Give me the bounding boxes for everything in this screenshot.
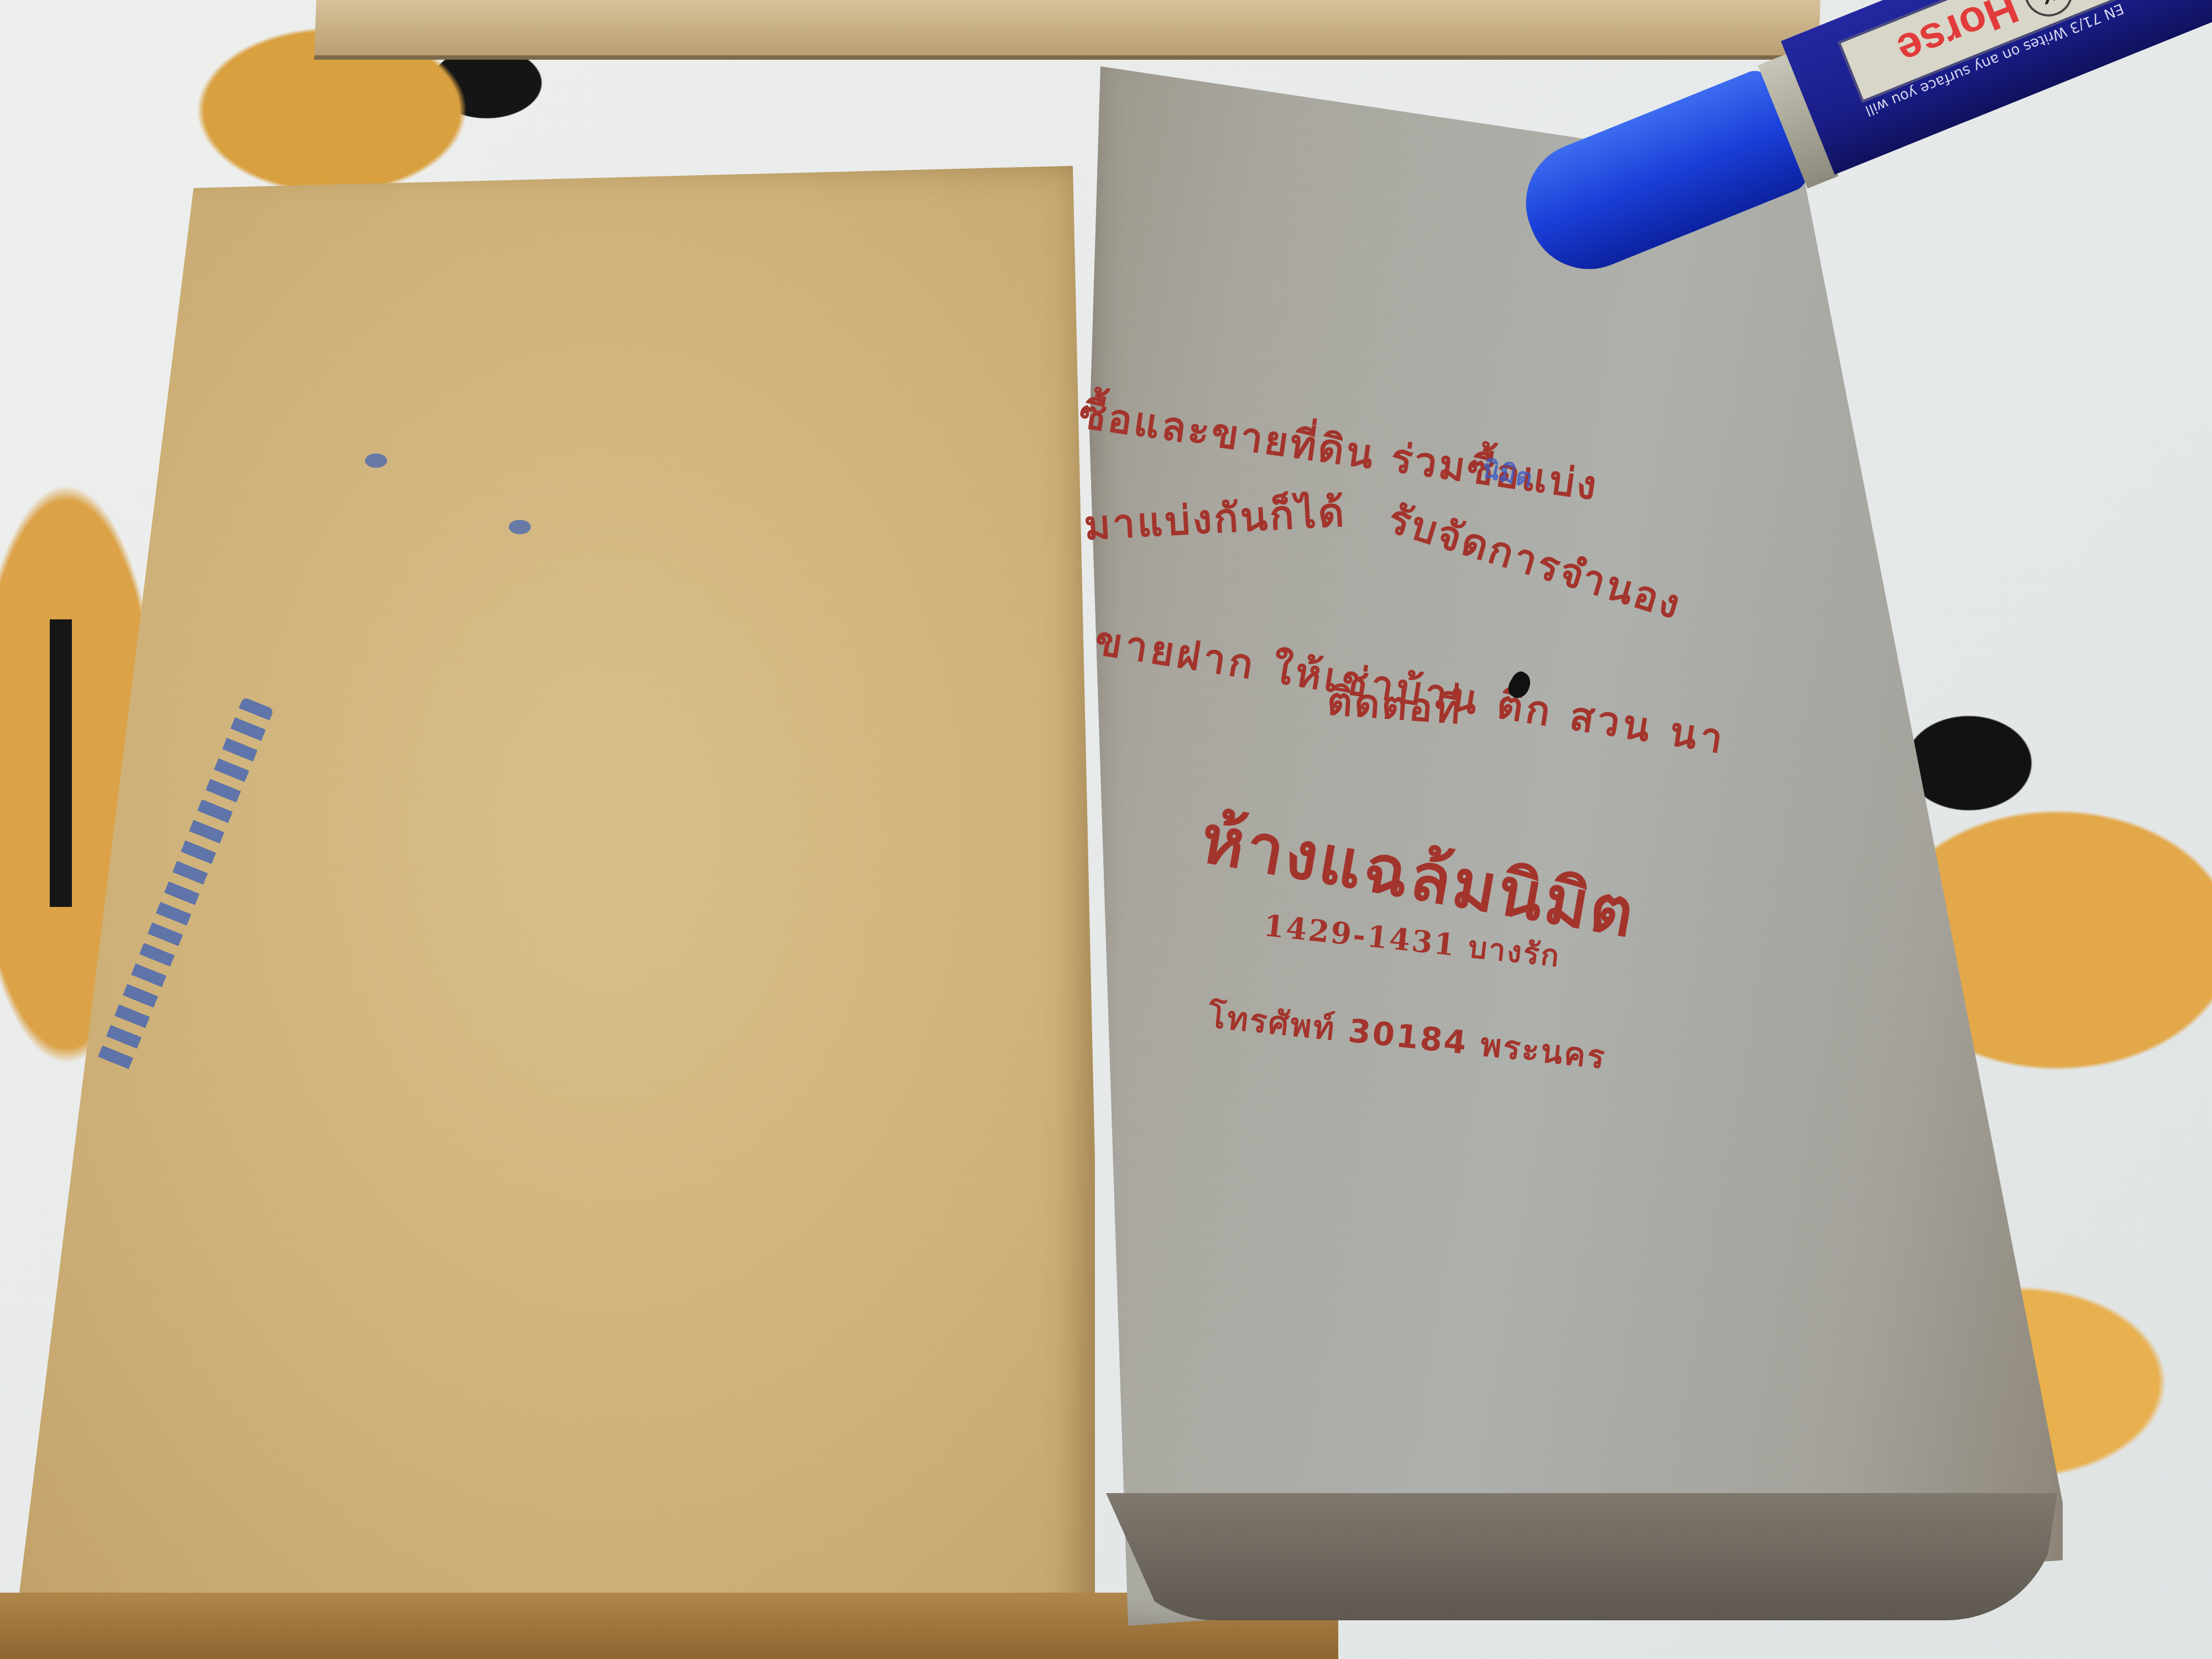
stamp-mark xyxy=(509,520,531,534)
ad-line-4: ติดต่อที่ xyxy=(1325,670,1464,741)
book-behind xyxy=(314,0,1820,60)
stamp-mark xyxy=(365,453,387,468)
left-page xyxy=(11,166,1095,1637)
page-curl xyxy=(1106,1493,2057,1620)
book-spine-shadow xyxy=(50,619,72,907)
